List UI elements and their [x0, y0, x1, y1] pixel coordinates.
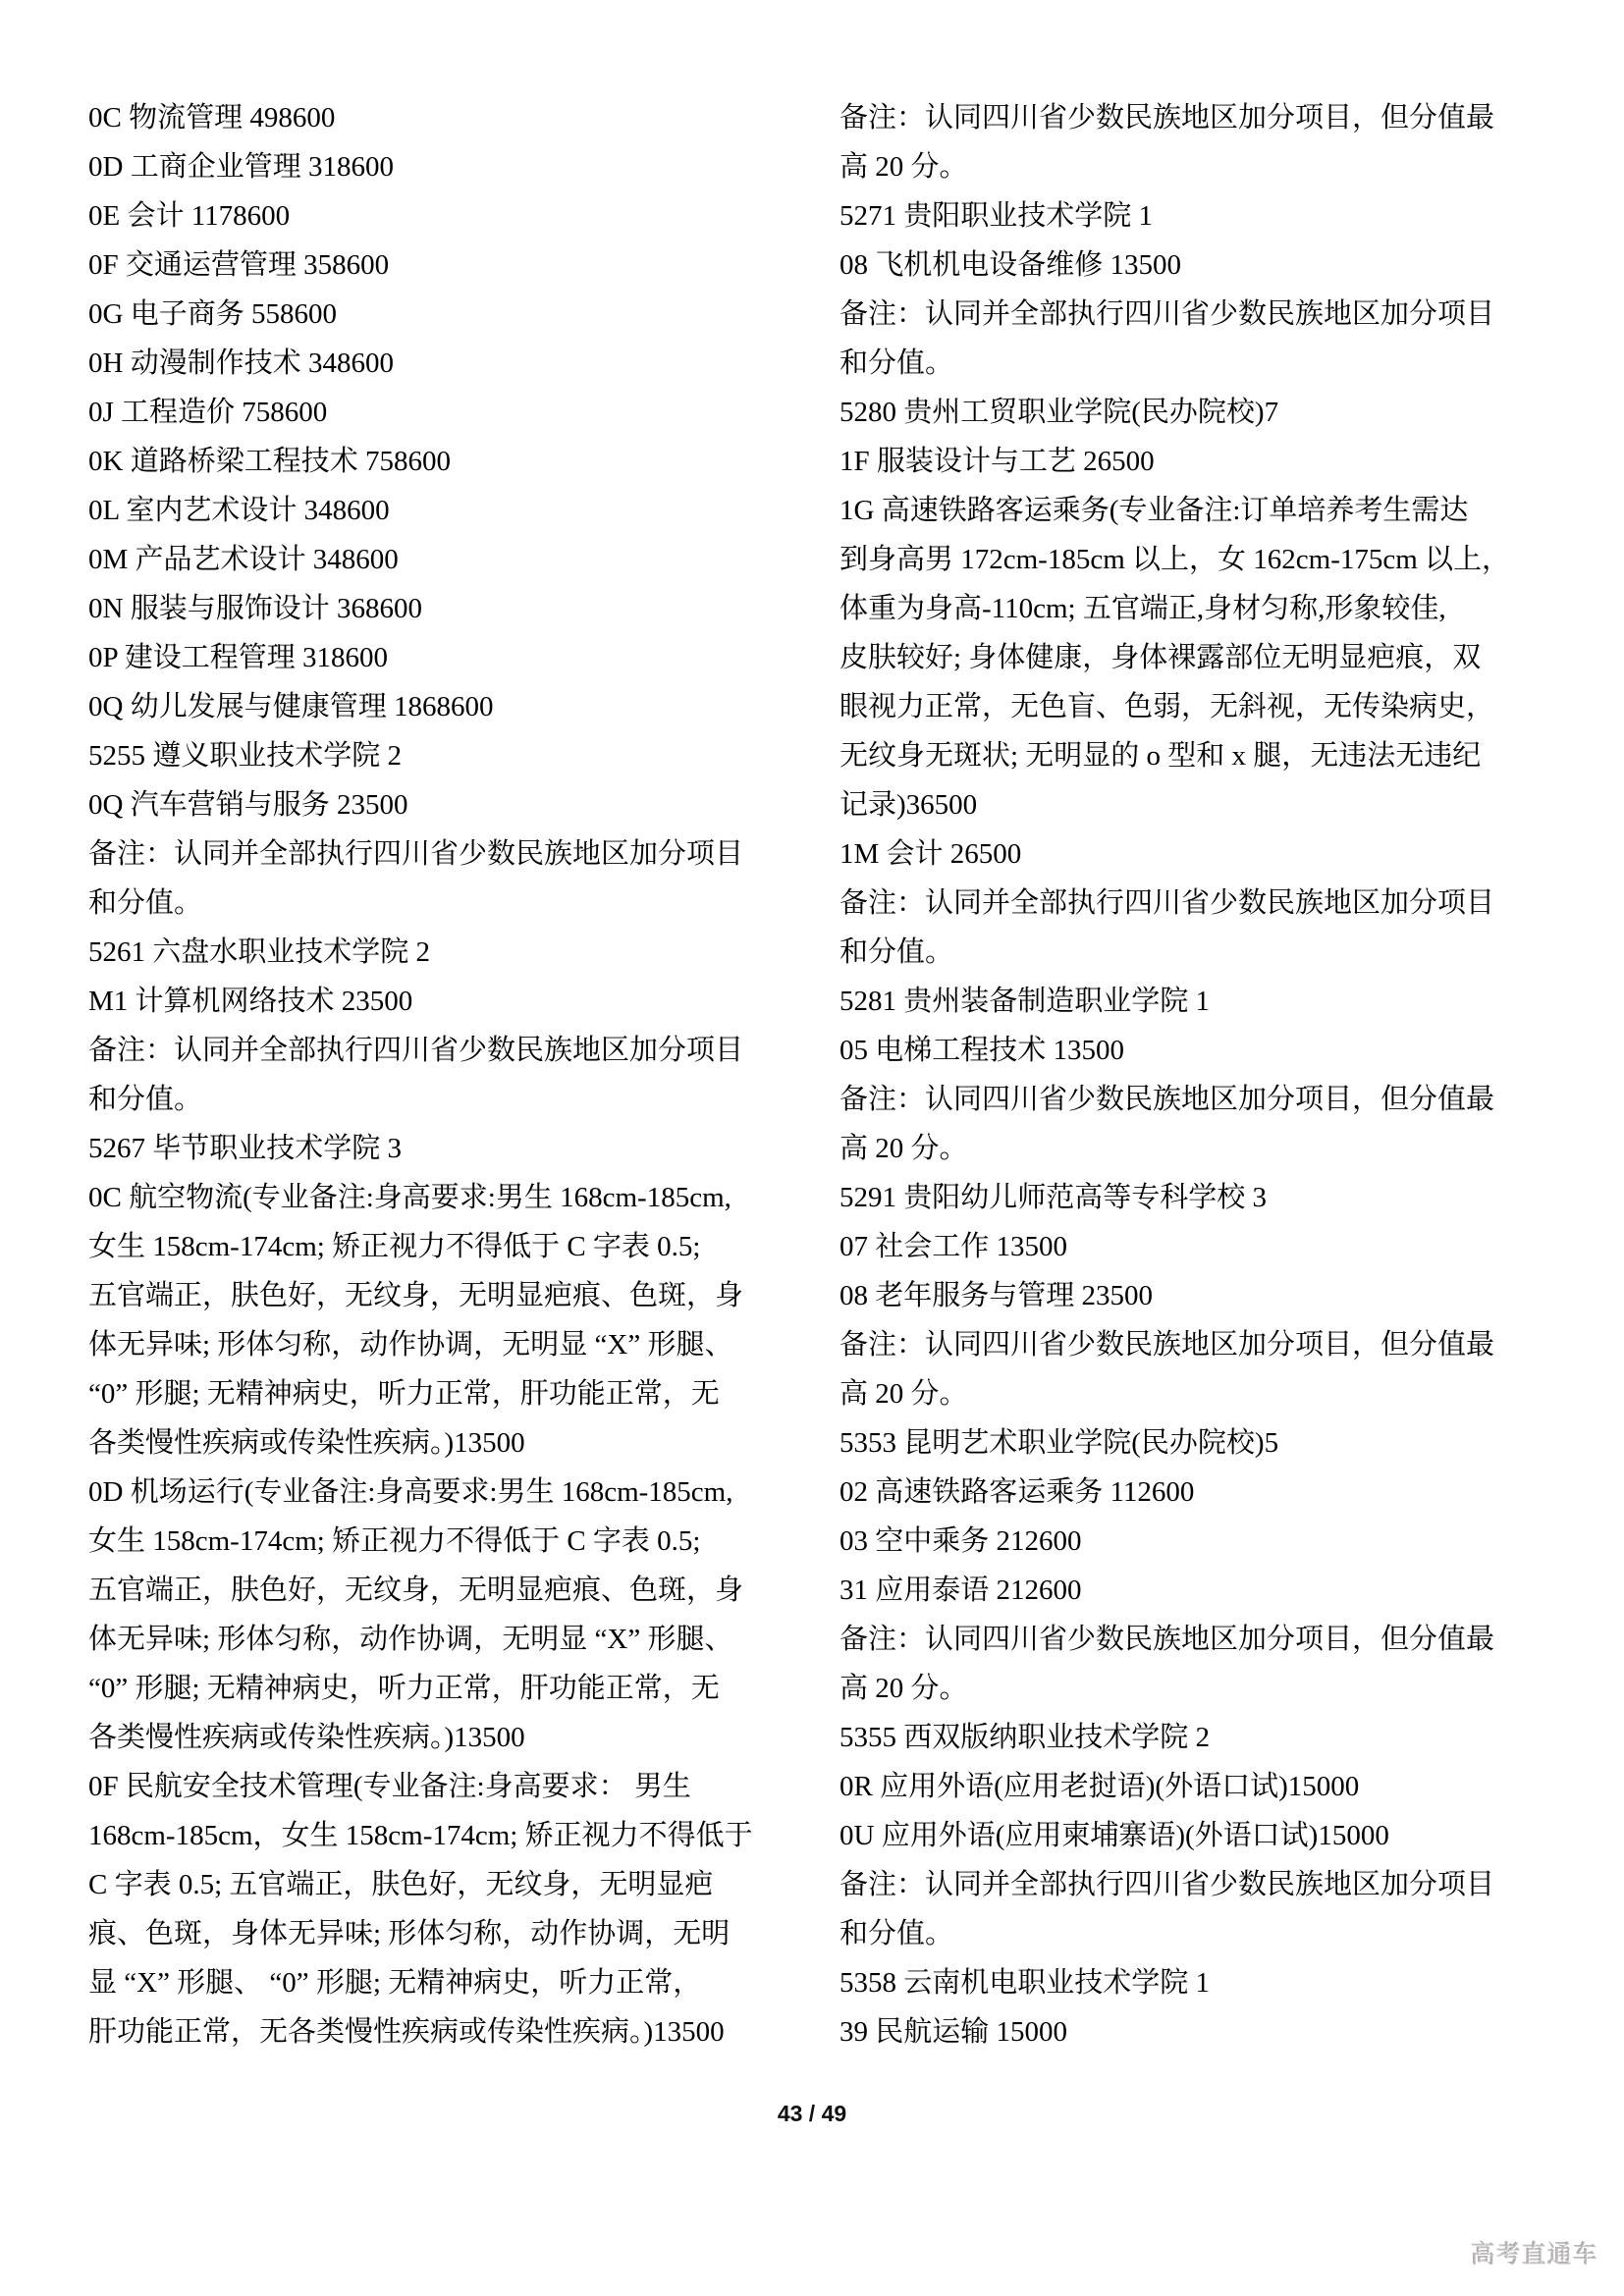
text-line: 0C 物流管理 498600 — [88, 93, 787, 142]
text-line: 5267 毕节职业技术学院 3 — [88, 1124, 787, 1173]
text-line: 0U 应用外语(应用柬埔寨语)(外语口试)15000 — [839, 1811, 1539, 1860]
right-text-column: 备注：认同四川省少数民族地区加分项目，但分值最高 20 分。5271 贵阳职业技… — [839, 93, 1539, 2056]
text-line: 无纹身无斑状; 无明显的 o 型和 x 腿，无违法无违纪 — [839, 731, 1539, 780]
text-line: 0R 应用外语(应用老挝语)(外语口试)15000 — [839, 1762, 1539, 1811]
text-line: 备注：认同四川省少数民族地区加分项目，但分值最 — [839, 1320, 1539, 1369]
text-line: 0M 产品艺术设计 348600 — [88, 535, 787, 584]
text-line: 0F 交通运营管理 358600 — [88, 240, 787, 290]
text-line: 5255 遵义职业技术学院 2 — [88, 731, 787, 780]
text-line: 1G 高速铁路客运乘务(专业备注:订单培养考生需达 — [839, 486, 1539, 535]
text-line: 0Q 汽车营销与服务 23500 — [88, 780, 787, 829]
text-line: 1M 会计 26500 — [839, 829, 1539, 879]
text-line: 女生 158cm-174cm; 矫正视力不得低于 C 字表 0.5; — [88, 1517, 787, 1566]
text-line: 备注：认同并全部执行四川省少数民族地区加分项目 — [839, 879, 1539, 928]
text-line: “0” 形腿; 无精神病史，听力正常，肝功能正常，无 — [88, 1369, 787, 1418]
text-line: 备注：认同并全部执行四川省少数民族地区加分项目 — [88, 829, 787, 879]
text-line: 高 20 分。 — [839, 1369, 1539, 1418]
text-line: 5355 西双版纳职业技术学院 2 — [839, 1713, 1539, 1762]
text-line: 07 社会工作 13500 — [839, 1222, 1539, 1271]
text-line: 0H 动漫制作技术 348600 — [88, 339, 787, 388]
text-line: 0P 建设工程管理 318600 — [88, 633, 787, 682]
text-line: 各类慢性疾病或传染性疾病。)13500 — [88, 1713, 787, 1762]
text-line: 到身高男 172cm-185cm 以上，女 162cm-175cm 以上， — [839, 535, 1539, 584]
text-line: 5358 云南机电职业技术学院 1 — [839, 1958, 1539, 2007]
text-line: 0C 航空物流(专业备注:身高要求:男生 168cm-185cm, — [88, 1173, 787, 1222]
text-line: 0J 工程造价 758600 — [88, 388, 787, 437]
text-line: 08 飞机机电设备维修 13500 — [839, 240, 1539, 290]
text-line: 和分值。 — [839, 928, 1539, 977]
text-line: M1 计算机网络技术 23500 — [88, 977, 787, 1026]
text-line: 显 “X” 形腿、 “0” 形腿; 无精神病史，听力正常， — [88, 1958, 787, 2007]
text-line: 5291 贵阳幼儿师范高等专科学校 3 — [839, 1173, 1539, 1222]
text-line: 高 20 分。 — [839, 142, 1539, 191]
watermark-text: 高考直通车 — [1471, 2241, 1598, 2269]
text-line: 0K 道路桥梁工程技术 758600 — [88, 437, 787, 486]
text-line: 0F 民航安全技术管理(专业备注:身高要求： 男生 — [88, 1762, 787, 1811]
text-line: 和分值。 — [839, 339, 1539, 388]
text-line: 0E 会计 1178600 — [88, 191, 787, 240]
text-line: 02 高速铁路客运乘务 112600 — [839, 1468, 1539, 1517]
left-text-column: 0C 物流管理 4986000D 工商企业管理 3186000E 会计 1178… — [88, 93, 787, 2056]
text-line: 5281 贵州装备制造职业学院 1 — [839, 977, 1539, 1026]
text-line: 备注：认同并全部执行四川省少数民族地区加分项目 — [88, 1026, 787, 1075]
page-number: 43 / 49 — [0, 2101, 1624, 2126]
text-line: 168cm-185cm，女生 158cm-174cm; 矫正视力不得低于 — [88, 1811, 787, 1860]
text-line: 03 空中乘务 212600 — [839, 1517, 1539, 1566]
text-line: 5353 昆明艺术职业学院(民办院校)5 — [839, 1418, 1539, 1468]
text-line: 5261 六盘水职业技术学院 2 — [88, 928, 787, 977]
text-line: 0L 室内艺术设计 348600 — [88, 486, 787, 535]
text-line: 1F 服装设计与工艺 26500 — [839, 437, 1539, 486]
document-page: 0C 物流管理 4986000D 工商企业管理 3186000E 会计 1178… — [0, 0, 1624, 2296]
text-line: 体无异味; 形体匀称，动作协调，无明显 “X” 形腿、 — [88, 1320, 787, 1369]
text-line: 五官端正，肤色好，无纹身，无明显疤痕、色斑，身 — [88, 1566, 787, 1615]
text-line: 5271 贵阳职业技术学院 1 — [839, 191, 1539, 240]
text-line: 高 20 分。 — [839, 1664, 1539, 1713]
text-line: 和分值。 — [88, 879, 787, 928]
text-line: 眼视力正常，无色盲、色弱，无斜视，无传染病史， — [839, 682, 1539, 731]
text-line: 0D 机场运行(专业备注:身高要求:男生 168cm-185cm, — [88, 1468, 787, 1517]
text-line: 05 电梯工程技术 13500 — [839, 1026, 1539, 1075]
text-line: 0D 工商企业管理 318600 — [88, 142, 787, 191]
text-line: 女生 158cm-174cm; 矫正视力不得低于 C 字表 0.5; — [88, 1222, 787, 1271]
text-line: 备注：认同四川省少数民族地区加分项目，但分值最 — [839, 93, 1539, 142]
text-line: 和分值。 — [839, 1909, 1539, 1958]
text-line: 皮肤较好; 身体健康，身体裸露部位无明显疤痕，双 — [839, 633, 1539, 682]
text-line: 备注：认同四川省少数民族地区加分项目，但分值最 — [839, 1075, 1539, 1124]
text-line: 痕、色斑，身体无异味; 形体匀称，动作协调，无明 — [88, 1909, 787, 1958]
text-line: 39 民航运输 15000 — [839, 2007, 1539, 2056]
text-line: 肝功能正常，无各类慢性疾病或传染性疾病。)13500 — [88, 2007, 787, 2056]
text-line: 五官端正，肤色好，无纹身，无明显疤痕、色斑，身 — [88, 1271, 787, 1320]
text-line: 08 老年服务与管理 23500 — [839, 1271, 1539, 1320]
text-line: 0G 电子商务 558600 — [88, 290, 787, 339]
text-line: 0N 服装与服饰设计 368600 — [88, 584, 787, 633]
text-line: 5280 贵州工贸职业学院(民办院校)7 — [839, 388, 1539, 437]
text-line: 体重为身高-110cm; 五官端正,身材匀称,形象较佳, — [839, 584, 1539, 633]
text-line: 0Q 幼儿发展与健康管理 1868600 — [88, 682, 787, 731]
text-line: 备注：认同四川省少数民族地区加分项目，但分值最 — [839, 1615, 1539, 1664]
text-line: 高 20 分。 — [839, 1124, 1539, 1173]
text-line: 体无异味; 形体匀称，动作协调，无明显 “X” 形腿、 — [88, 1615, 787, 1664]
text-line: 记录)36500 — [839, 780, 1539, 829]
text-line: 各类慢性疾病或传染性疾病。)13500 — [88, 1418, 787, 1468]
text-line: 备注：认同并全部执行四川省少数民族地区加分项目 — [839, 1860, 1539, 1909]
text-line: C 字表 0.5; 五官端正，肤色好，无纹身，无明显疤 — [88, 1860, 787, 1909]
text-line: 31 应用泰语 212600 — [839, 1566, 1539, 1615]
text-line: “0” 形腿; 无精神病史，听力正常，肝功能正常，无 — [88, 1664, 787, 1713]
text-line: 和分值。 — [88, 1075, 787, 1124]
text-line: 备注：认同并全部执行四川省少数民族地区加分项目 — [839, 290, 1539, 339]
